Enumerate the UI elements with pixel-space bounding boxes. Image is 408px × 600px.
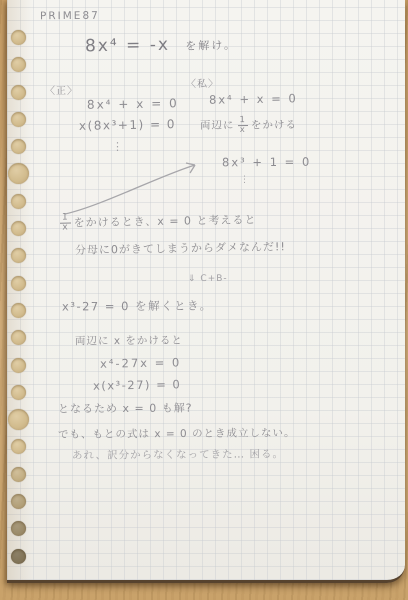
multiply-pre: 両辺に [200,120,235,132]
aside-mark: ⇓ C+B- [188,274,228,285]
correct-ellipsis: ⋮ [112,141,124,154]
binder-hole [11,139,26,154]
binder-hole [11,85,26,100]
correct-step-1: 8x⁴ + x = 0 [87,97,179,112]
binder-hole [11,358,26,373]
binder-hole [11,549,26,564]
photo-of-notebook: { "header": "PRIME87", "problem": { "equ… [0,0,408,600]
my-ellipsis: ⋮ [240,175,250,185]
my-step-3: 8x³ + 1 = 0 [222,156,311,170]
note-line-2: 分母に0がきてしまうからダメなんだ!! [75,241,286,257]
my-step-2: 両辺に1xをかける [200,116,297,136]
binder-hole [8,163,29,184]
arrow [63,154,208,220]
correct-label: 〈正〉 [45,86,78,98]
note-line-1: 1xをかけるとき、x = 0 と考えると [57,210,257,233]
example-line-5: となるため x = 0 も解? [58,403,193,417]
example-line-4: x(x³-27) = 0 [93,378,181,393]
binder-hole [11,439,26,454]
binder-hole [11,112,26,127]
binder-holes [11,30,29,576]
problem-suffix: を解け。 [185,39,237,53]
multiply-post: をかける [251,119,297,131]
binder-hole [11,57,26,72]
example-line-3: x⁴-27x = 0 [100,356,181,371]
binder-hole [11,521,26,536]
one-over-x-fraction: 1x [60,214,71,234]
binder-hole [11,221,26,236]
binder-hole [11,276,26,291]
example-line-2: 両辺に x をかけると [75,335,183,348]
example-line-7: あれ、訳分からなくなってきた… 困る。 [72,448,284,462]
binder-hole [8,409,29,430]
binder-hole [11,494,26,509]
page-header: PRIME87 [40,10,100,22]
binder-hole [11,303,26,318]
correct-step-2: x(8x³+1) = 0 [79,118,176,133]
my-attempt-label: 〈私〉 [186,79,219,91]
binder-hole [11,248,26,263]
binder-hole [11,330,26,345]
binder-hole [11,194,26,209]
example-line-1: x³-27 = 0 を解くとき。 [62,299,213,313]
my-step-1: 8x⁴ + x = 0 [209,92,298,107]
one-over-x-fraction: 1x [237,116,248,135]
notebook-page: PRIME87 8x⁴ = -x を解け。 〈正〉 8x⁴ + x = 0 x(… [7,0,405,583]
binder-hole [11,385,26,400]
example-line-6: でも、もとの式は x = 0 のとき成立しない。 [58,427,296,441]
binder-hole [11,30,26,45]
binder-hole [11,467,26,482]
problem-statement: 8x⁴ = -x を解け。 [85,35,237,57]
problem-equation: 8x⁴ = -x [85,35,170,56]
